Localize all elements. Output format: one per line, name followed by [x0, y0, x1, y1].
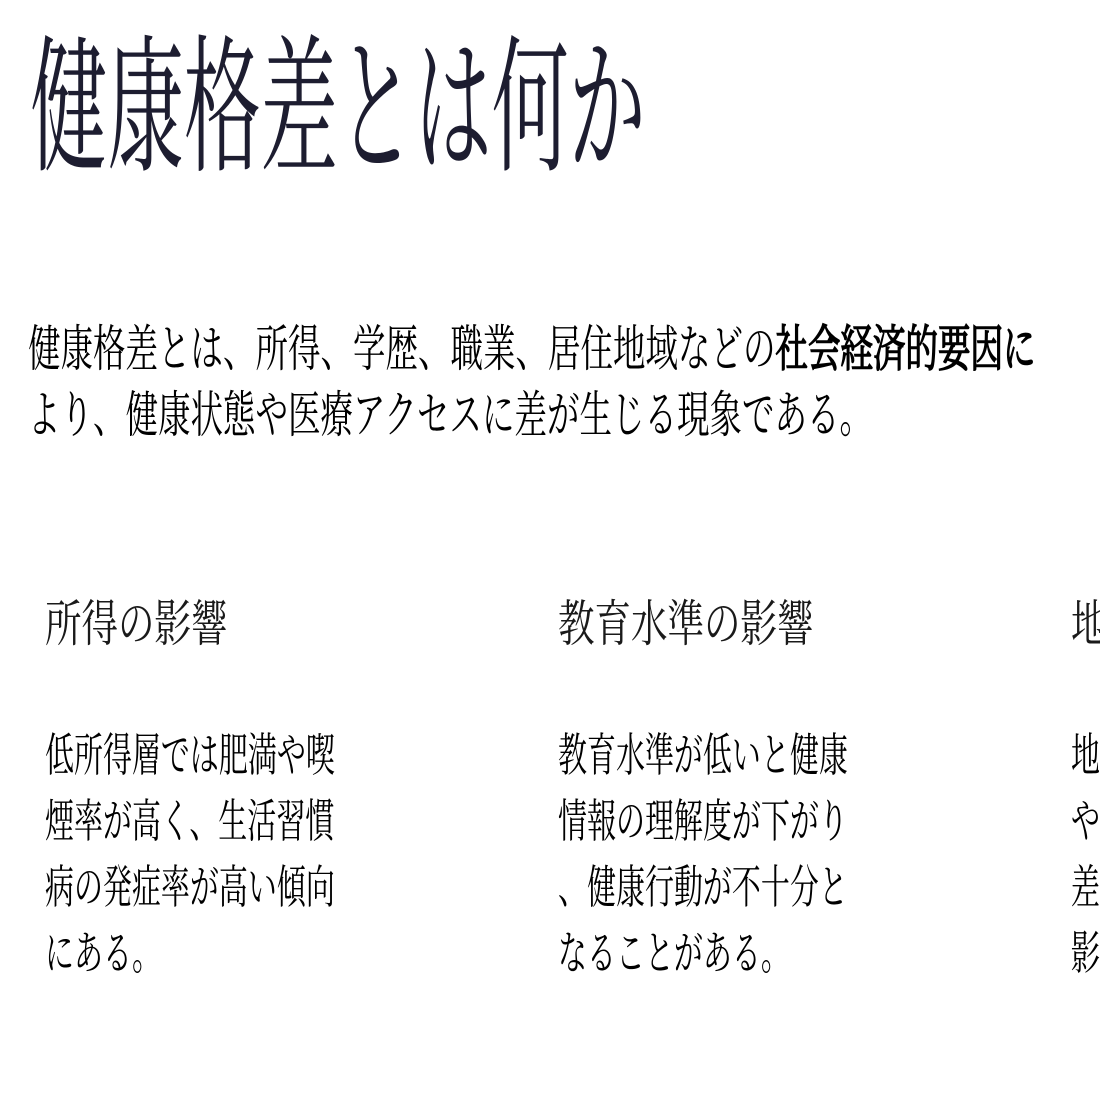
column-education-heading-text: 教育水準の影響	[558, 597, 814, 652]
column-income: 所得の影響 低所得層では肥満や喫煙率が高く、生活習慣病の発症率が高い傾向にある。	[40, 597, 505, 986]
column-income-heading: 所得の影響	[45, 597, 505, 652]
intro-segment-bold: 社会経済的要因に	[776, 321, 1036, 377]
column-region-heading-text: 地域の影響	[1071, 597, 1100, 652]
column-region: 地域の影響 地域によって医療資源や健康支援の充実度に差があり、健康結果に影響を与…	[1066, 597, 1100, 986]
column-education-body: 教育水準が低いと健康情報の理解度が下がり、健康行動が不十分となることがある。	[558, 722, 1018, 986]
slide-title: 健康格差とは何か	[30, 36, 1100, 184]
column-income-body-text: 低所得層では肥満や喫煙率が高く、生活習慣病の発症率が高い傾向にある。	[45, 722, 335, 986]
intro-text: 健康格差とは、所得、学歴、職業、居住地域などの社会経済的要因により、健康状態や医…	[28, 316, 1036, 448]
column-region-heading: 地域の影響	[1071, 597, 1100, 652]
column-education: 教育水準の影響 教育水準が低いと健康情報の理解度が下がり、健康行動が不十分となる…	[553, 597, 1018, 986]
column-education-body-text: 教育水準が低いと健康情報の理解度が下がり、健康行動が不十分となることがある。	[558, 722, 848, 986]
intro-paragraph: 健康格差とは、所得、学歴、職業、居住地域などの社会経済的要因により、健康状態や医…	[28, 316, 1100, 448]
intro-segment-line2: より、健康状態や医療アクセスに差が生じる現象である。	[28, 387, 872, 443]
intro-segment-normal: 健康格差とは、所得、学歴、職業、居住地域などの	[28, 321, 776, 377]
slide-root: 健康格差とは何か 健康格差とは、所得、学歴、職業、居住地域などの社会経済的要因に…	[0, 0, 1100, 1100]
slide-title-text: 健康格差とは何か	[30, 36, 646, 184]
column-region-body-text: 地域によって医療資源や健康支援の充実度に差があり、健康結果に影響を与えている。	[1071, 722, 1100, 986]
column-education-heading: 教育水準の影響	[558, 597, 1018, 652]
column-income-body: 低所得層では肥満や喫煙率が高く、生活習慣病の発症率が高い傾向にある。	[45, 722, 505, 986]
columns-section: 所得の影響 低所得層では肥満や喫煙率が高く、生活習慣病の発症率が高い傾向にある。…	[40, 597, 1054, 986]
column-income-heading-text: 所得の影響	[45, 597, 228, 652]
column-region-body: 地域によって医療資源や健康支援の充実度に差があり、健康結果に影響を与えている。	[1071, 722, 1100, 986]
